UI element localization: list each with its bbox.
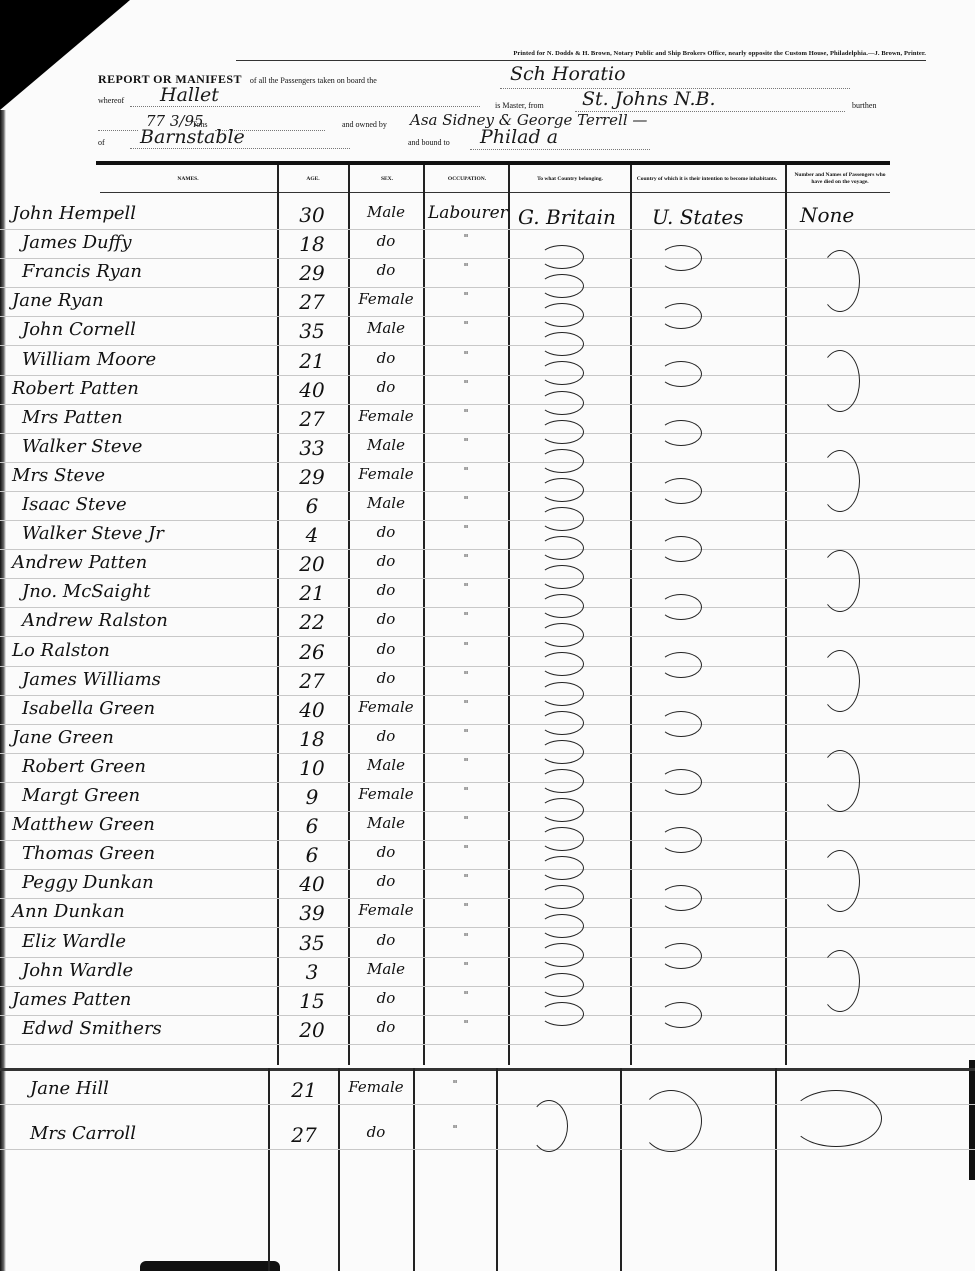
passenger-sex: do	[350, 989, 422, 1007]
row-ruling	[0, 636, 975, 637]
row-ruling	[0, 724, 975, 725]
passenger-age: 4	[280, 523, 344, 547]
passenger-age: 39	[280, 901, 344, 925]
passenger-sex: do	[350, 610, 422, 628]
passenger-occupation: "	[426, 552, 506, 565]
ditto-curl-icon	[820, 750, 860, 812]
from-port: St. Johns N.B.	[582, 88, 716, 110]
ditto-curl-icon	[660, 652, 702, 678]
passenger-occupation: "	[426, 640, 506, 653]
of-label: of	[98, 138, 105, 147]
passenger-name: Mrs Steve	[12, 465, 105, 486]
passenger-age: 18	[280, 727, 344, 751]
passenger-name: John Hempell	[12, 203, 136, 224]
passenger-age: 6	[280, 843, 344, 867]
passenger-sex: do	[350, 1018, 422, 1036]
ditto-curl-icon	[660, 711, 702, 737]
ditto-curl-icon	[540, 332, 584, 356]
ditto-curl-icon	[790, 1090, 882, 1147]
passenger-occupation: "	[426, 1018, 506, 1031]
passenger-occupation: "	[426, 669, 506, 682]
col-header-sex: SEX.	[350, 167, 424, 191]
ditto-curl-icon	[540, 1002, 584, 1026]
passenger-name: Francis Ryan	[22, 261, 142, 282]
row-ruling	[0, 229, 975, 230]
passenger-age: 27	[272, 1123, 336, 1147]
ditto-curl-icon	[820, 950, 860, 1012]
passenger-name: Isaac Steve	[22, 494, 127, 515]
passenger-sex: Female	[350, 901, 422, 919]
section-divider	[0, 1068, 975, 1071]
ditto-curl-icon	[540, 885, 584, 909]
passenger-sex: Male	[350, 756, 422, 774]
passenger-age: 33	[280, 436, 344, 460]
passenger-name: Jno. McSaight	[22, 581, 150, 602]
passenger-name: Walker Steve	[22, 436, 142, 457]
owned-by-label: and owned by	[342, 120, 387, 129]
row-ruling	[0, 549, 975, 550]
bound-to: Philad a	[480, 126, 558, 148]
home-port-blank	[130, 148, 350, 149]
passenger-age: 9	[280, 785, 344, 809]
passenger-occupation: "	[426, 901, 506, 914]
passenger-sex: Male	[350, 960, 422, 978]
passenger-occupation: "	[426, 349, 506, 362]
passenger-occupation: "	[426, 581, 506, 594]
passenger-name: James Patten	[12, 989, 131, 1010]
col-header-intended-country: Country of which it is their intention t…	[632, 167, 782, 191]
col-divider-3	[423, 165, 425, 1065]
passenger-occupation: "	[426, 319, 506, 332]
ditto-curl-icon	[540, 565, 584, 589]
ditto-curl-icon	[540, 827, 584, 851]
ditto-curl-icon	[540, 507, 584, 531]
ditto-curl-icon	[660, 827, 702, 853]
passenger-age: 21	[280, 349, 344, 373]
passenger-sex: Female	[350, 407, 422, 425]
passenger-occupation: "	[426, 261, 506, 274]
passenger-sex: Male	[350, 494, 422, 512]
passenger-sex: Female	[350, 290, 422, 308]
passenger-age: 20	[280, 552, 344, 576]
passenger-sex: do	[350, 552, 422, 570]
passenger-age: 30	[280, 203, 344, 227]
ditto-curl-icon	[540, 914, 584, 938]
header-bottom-rule	[100, 192, 890, 193]
passenger-occupation: "	[426, 843, 506, 856]
ditto-curl-icon	[540, 769, 584, 793]
ditto-curl-icon	[540, 973, 584, 997]
passenger-sex: do	[350, 843, 422, 861]
row-ruling	[0, 345, 975, 346]
row-ruling	[0, 840, 975, 841]
passenger-age: 40	[280, 698, 344, 722]
passenger-occupation: "	[426, 785, 506, 798]
passenger-age: 40	[280, 378, 344, 402]
printer-rule	[236, 60, 926, 61]
ditto-curl-icon	[660, 1002, 702, 1028]
passenger-name: Thomas Green	[22, 843, 155, 864]
row-ruling	[0, 927, 975, 928]
passenger-age: 18	[280, 232, 344, 256]
passenger-occupation: "	[426, 872, 506, 885]
row-ruling	[0, 520, 975, 521]
vessel-name: Sch Horatio	[510, 63, 626, 85]
passenger-name: Jane Hill	[30, 1078, 109, 1099]
lower-col-divider-5	[620, 1068, 622, 1271]
passenger-sex: do	[350, 727, 422, 745]
lower-col-divider-2	[338, 1068, 340, 1271]
col-divider-1	[277, 165, 279, 1065]
passenger-name: Mrs Patten	[22, 407, 123, 428]
passenger-name: James Duffy	[22, 232, 132, 253]
row-ruling	[0, 433, 975, 434]
passenger-name: Ann Dunkan	[12, 901, 125, 922]
passenger-sex: Female	[350, 785, 422, 803]
passenger-name: Lo Ralston	[12, 640, 110, 661]
ditto-curl-icon	[660, 245, 702, 271]
passenger-sex: do	[350, 931, 422, 949]
ditto-curl-icon	[540, 943, 584, 967]
passenger-name: Robert Patten	[12, 378, 139, 399]
passenger-name: Andrew Ralston	[22, 610, 168, 631]
passenger-age: 21	[280, 581, 344, 605]
row-ruling	[0, 316, 975, 317]
ditto-curl-icon	[820, 850, 860, 912]
col-header-country-belonging: To what Country belonging.	[510, 167, 630, 191]
row-ruling	[0, 811, 975, 812]
passenger-age: 6	[280, 814, 344, 838]
passenger-sex: do	[350, 523, 422, 541]
passenger-occupation: "	[426, 931, 506, 944]
ink-blot	[140, 1261, 280, 1271]
passenger-age: 27	[280, 290, 344, 314]
row-ruling	[0, 1015, 975, 1016]
ditto-curl-icon	[540, 623, 584, 647]
passenger-sex: do	[350, 349, 422, 367]
passenger-sex: Female	[350, 465, 422, 483]
passenger-age: 27	[280, 669, 344, 693]
tons-lead-blank	[98, 130, 138, 131]
ditto-curl-icon	[530, 1100, 568, 1152]
passenger-sex: do	[350, 261, 422, 279]
ditto-curl-icon	[660, 536, 702, 562]
ditto-curl-icon	[540, 478, 584, 502]
country-belonging-value: G. Britain	[518, 205, 616, 229]
passenger-name: Margt Green	[22, 785, 140, 806]
passenger-occupation: "	[426, 610, 506, 623]
header-line-1: REPORT OR MANIFEST of all the Passengers…	[98, 72, 377, 87]
burthen-label: burthen	[852, 101, 876, 110]
bound-to-blank	[470, 149, 650, 150]
passenger-sex: Male	[350, 814, 422, 832]
ditto-curl-icon	[820, 350, 860, 412]
lower-col-divider-1	[268, 1068, 270, 1271]
lower-col-divider-3	[413, 1068, 415, 1271]
passenger-name: Peggy Dunkan	[22, 872, 154, 893]
ditto-curl-icon	[820, 250, 860, 312]
ditto-curl-icon	[660, 303, 702, 329]
header-thick-rule	[96, 161, 890, 165]
passenger-occupation: "	[426, 727, 506, 740]
passenger-age: 3	[280, 960, 344, 984]
passenger-age: 15	[280, 989, 344, 1013]
passenger-occupation: "	[415, 1123, 495, 1136]
master-name: Hallet	[160, 84, 219, 106]
master-blank	[130, 106, 480, 107]
passenger-sex: Female	[340, 1078, 412, 1096]
row-ruling	[0, 1149, 975, 1150]
ditto-curl-icon	[540, 652, 584, 676]
passenger-name: Mrs Carroll	[30, 1123, 136, 1144]
row-ruling	[0, 1044, 975, 1045]
passenger-name: Edwd Smithers	[22, 1018, 162, 1039]
passenger-occupation: "	[426, 814, 506, 827]
passenger-occupation: "	[426, 960, 506, 973]
passenger-sex: do	[350, 872, 422, 890]
home-port: Barnstable	[140, 126, 245, 148]
passenger-name: Andrew Patten	[12, 552, 147, 573]
lower-col-divider-6	[775, 1068, 777, 1271]
passenger-sex: Male	[350, 203, 422, 221]
passenger-sex: do	[350, 232, 422, 250]
col-divider-4	[508, 165, 510, 1065]
ditto-curl-icon	[640, 1090, 702, 1152]
passenger-age: 29	[280, 465, 344, 489]
passenger-sex: Male	[350, 319, 422, 337]
ditto-curl-icon	[820, 450, 860, 512]
ditto-curl-icon	[660, 420, 702, 446]
passenger-age: 26	[280, 640, 344, 664]
passenger-occupation: "	[426, 465, 506, 478]
passenger-sex: do	[350, 640, 422, 658]
passenger-name: James Williams	[22, 669, 161, 690]
passenger-sex: Female	[350, 698, 422, 716]
passenger-occupation: "	[426, 494, 506, 507]
intended-country-value: U. States	[652, 205, 744, 229]
line1-text: of all the Passengers taken on board the	[250, 76, 377, 85]
passenger-occupation: "	[415, 1078, 495, 1091]
ditto-curl-icon	[540, 303, 584, 327]
is-master-from-label: is Master, from	[495, 101, 544, 110]
passenger-age: 10	[280, 756, 344, 780]
col-header-age: AGE.	[278, 167, 348, 191]
manifest-page: Printed for N. Dodds & H. Brown, Notary …	[0, 0, 975, 1271]
passenger-age: 20	[280, 1018, 344, 1042]
passenger-occupation: "	[426, 756, 506, 769]
ditto-curl-icon	[540, 449, 584, 473]
printer-imprint: Printed for N. Dodds & H. Brown, Notary …	[236, 50, 926, 57]
ditto-curl-icon	[660, 478, 702, 504]
ditto-curl-icon	[660, 943, 702, 969]
passenger-occupation: "	[426, 407, 506, 420]
passenger-age: 35	[280, 931, 344, 955]
died-on-voyage-value: None	[800, 203, 854, 227]
ditto-curl-icon	[820, 650, 860, 712]
ditto-curl-icon	[540, 798, 584, 822]
bound-to-label: and bound to	[408, 138, 450, 147]
col-divider-6	[785, 165, 787, 1065]
passenger-occupation: "	[426, 698, 506, 711]
passenger-sex: do	[350, 669, 422, 687]
passenger-sex: Male	[350, 436, 422, 454]
passenger-age: 22	[280, 610, 344, 634]
ditto-curl-icon	[540, 856, 584, 880]
ditto-curl-icon	[540, 274, 584, 298]
ditto-curl-icon	[540, 361, 584, 385]
passenger-name: Robert Green	[22, 756, 146, 777]
col-header-occupation: OCCUPATION.	[426, 167, 508, 191]
ditto-curl-icon	[820, 550, 860, 612]
passenger-name: Jane Green	[12, 727, 114, 748]
ditto-curl-icon	[540, 594, 584, 618]
ditto-curl-icon	[540, 711, 584, 735]
passenger-occupation: "	[426, 989, 506, 1002]
passenger-occupation: "	[426, 436, 506, 449]
passenger-age: 35	[280, 319, 344, 343]
passenger-occupation: "	[426, 290, 506, 303]
ditto-curl-icon	[540, 391, 584, 415]
ditto-curl-icon	[540, 536, 584, 560]
passenger-name: William Moore	[22, 349, 156, 370]
passenger-age: 29	[280, 261, 344, 285]
ditto-curl-icon	[540, 740, 584, 764]
page-left-edge	[0, 110, 6, 1271]
ditto-curl-icon	[660, 594, 702, 620]
passenger-name: Walker Steve Jr	[22, 523, 164, 544]
passenger-occupation: "	[426, 378, 506, 391]
col-header-names: NAMES.	[100, 167, 276, 191]
torn-corner	[0, 0, 130, 110]
passenger-name: John Cornell	[22, 319, 136, 340]
ditto-curl-icon	[540, 682, 584, 706]
ditto-curl-icon	[540, 420, 584, 444]
ditto-curl-icon	[660, 361, 702, 387]
ditto-curl-icon	[540, 245, 584, 269]
passenger-occupation: "	[426, 232, 506, 245]
whereof-label: whereof	[98, 96, 124, 105]
passenger-age: 27	[280, 407, 344, 431]
passenger-age: 21	[272, 1078, 336, 1102]
page-right-edge	[969, 1060, 975, 1180]
passenger-name: Eliz Wardle	[22, 931, 126, 952]
passenger-age: 6	[280, 494, 344, 518]
passenger-sex: do	[350, 378, 422, 396]
passenger-name: Isabella Green	[22, 698, 155, 719]
passenger-age: 40	[280, 872, 344, 896]
col-divider-5	[630, 165, 632, 1065]
passenger-name: John Wardle	[22, 960, 133, 981]
passenger-occupation: Labourer	[428, 203, 508, 223]
ditto-curl-icon	[660, 885, 702, 911]
passenger-occupation: "	[426, 523, 506, 536]
col-header-died-on-voyage: Number and Names of Passengers who have …	[790, 167, 890, 191]
lower-col-divider-4	[496, 1068, 498, 1271]
passenger-name: Jane Ryan	[12, 290, 104, 311]
passenger-sex: do	[340, 1123, 412, 1141]
passenger-name: Matthew Green	[12, 814, 155, 835]
passenger-sex: do	[350, 581, 422, 599]
ditto-curl-icon	[660, 769, 702, 795]
